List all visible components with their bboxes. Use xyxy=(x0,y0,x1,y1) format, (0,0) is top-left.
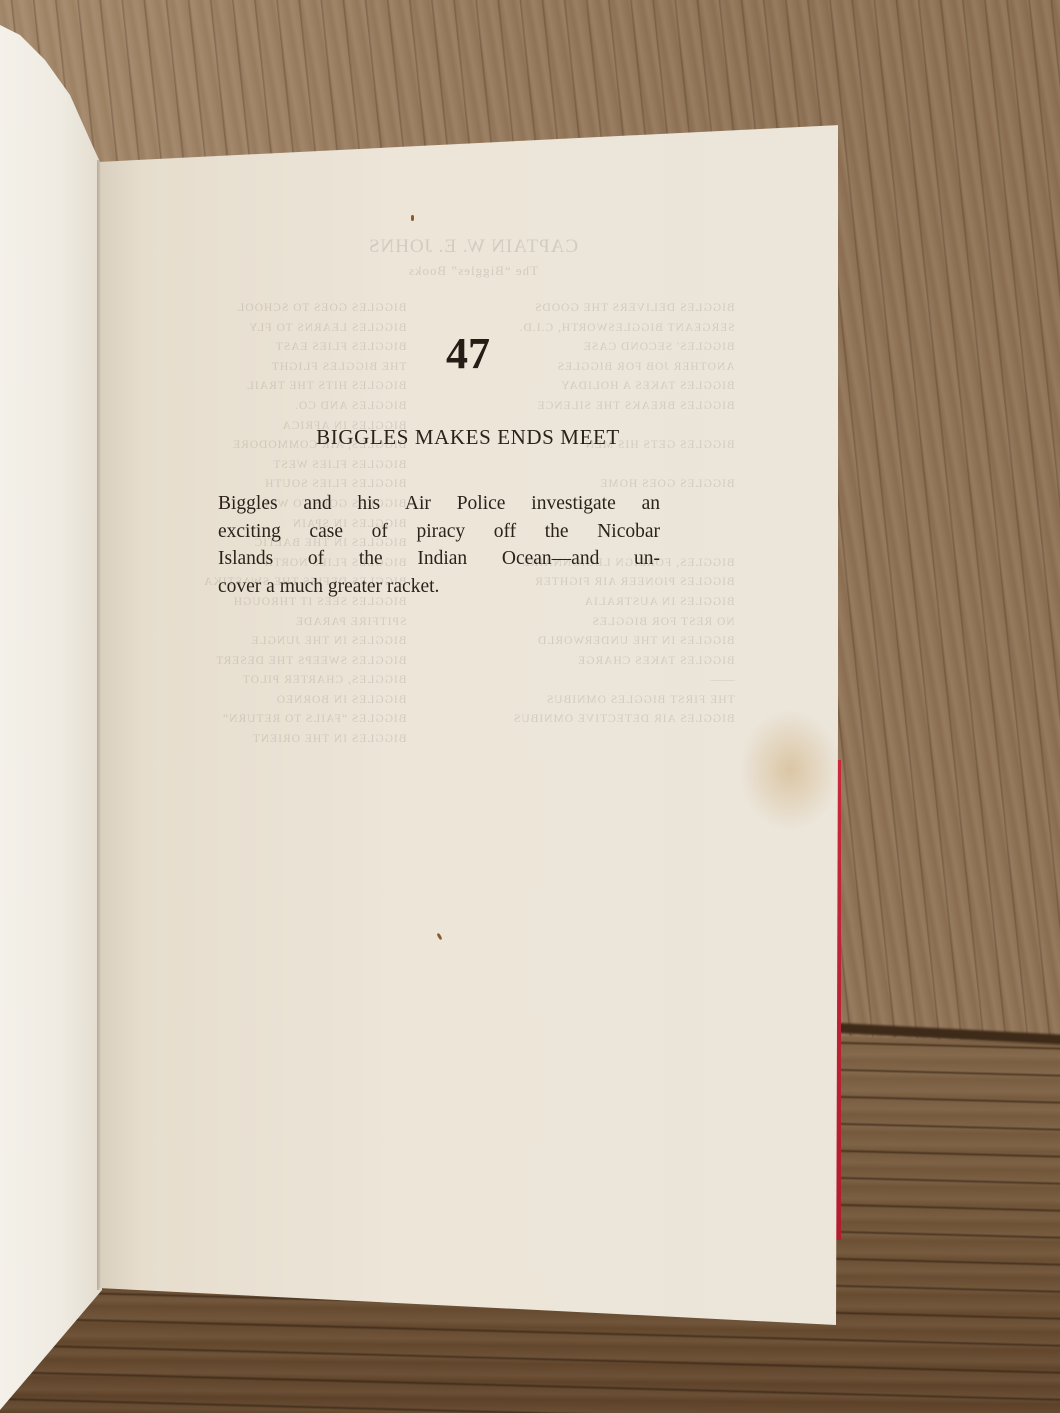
show-through-author: CAPTAIN W. E. JOHNS xyxy=(273,235,673,259)
blurb-line: cover a much greater racket. xyxy=(218,573,660,601)
show-through-title: BIGGLES GOES TO SCHOOL xyxy=(203,299,406,319)
blurb-line: exciting case of piracy off the Nicobar xyxy=(218,518,660,546)
show-through-title: BIGGLES SWEEPS THE DESERT xyxy=(203,652,406,672)
show-through-title xyxy=(513,456,735,476)
book-title: BIGGLES MAKES ENDS MEET xyxy=(98,425,838,450)
right-page-content: CAPTAIN W. E. JOHNS The “Biggles” Books … xyxy=(98,125,838,1325)
show-through-title: BIGGLES DELIVERS THE GOODS xyxy=(513,299,735,319)
show-through-title: BIGGLES BREAKS THE SILENCE xyxy=(513,397,735,417)
paper-speck xyxy=(411,215,414,221)
show-through-title: BIGGLES IN THE JUNGLE xyxy=(203,632,406,652)
book-blurb: Biggles and his Air Police investigate a… xyxy=(218,490,660,600)
show-through-heading: CAPTAIN W. E. JOHNS The “Biggles” Books xyxy=(273,235,673,283)
show-through-title: BIGGLES IN THE ORIENT xyxy=(203,730,406,750)
show-through-title: NO REST FOR BIGGLES xyxy=(513,613,735,633)
blurb-line: Islands of the Indian Ocean—and un- xyxy=(218,545,660,573)
show-through-title: BIGGLES AIR DETECTIVE OMNIBUS xyxy=(513,710,735,730)
show-through-title: BIGGLES FLIES WEST xyxy=(203,456,406,476)
show-through-title: THE FIRST BIGGLES OMNIBUS xyxy=(513,691,735,711)
blurb-line: Biggles and his Air Police investigate a… xyxy=(218,490,660,518)
show-through-title: BIGGLES TAKES A HOLIDAY xyxy=(513,377,735,397)
show-through-title: BIGGLES IN BORNEO xyxy=(203,691,406,711)
show-through-title: BIGGLES, CHARTER PILOT xyxy=(203,671,406,691)
show-through-title: BIGGLES IN THE UNDERWORLD xyxy=(513,632,735,652)
show-through-subtitle: The “Biggles” Books xyxy=(273,259,673,283)
book-number: 47 xyxy=(98,328,838,379)
show-through-title: BIGGLES HITS THE TRAIL xyxy=(203,377,406,397)
show-through-title: —— xyxy=(513,671,735,691)
left-page xyxy=(0,0,102,1413)
show-through-title: BIGGLES “FAILS TO RETURN” xyxy=(203,710,406,730)
paper-speck xyxy=(436,933,442,941)
show-through-title: SPITFIRE PARADE xyxy=(203,613,406,633)
show-through-title: BIGGLES TAKES CHARGE xyxy=(513,652,735,672)
show-through-title: BIGGLES AND CO. xyxy=(203,397,406,417)
